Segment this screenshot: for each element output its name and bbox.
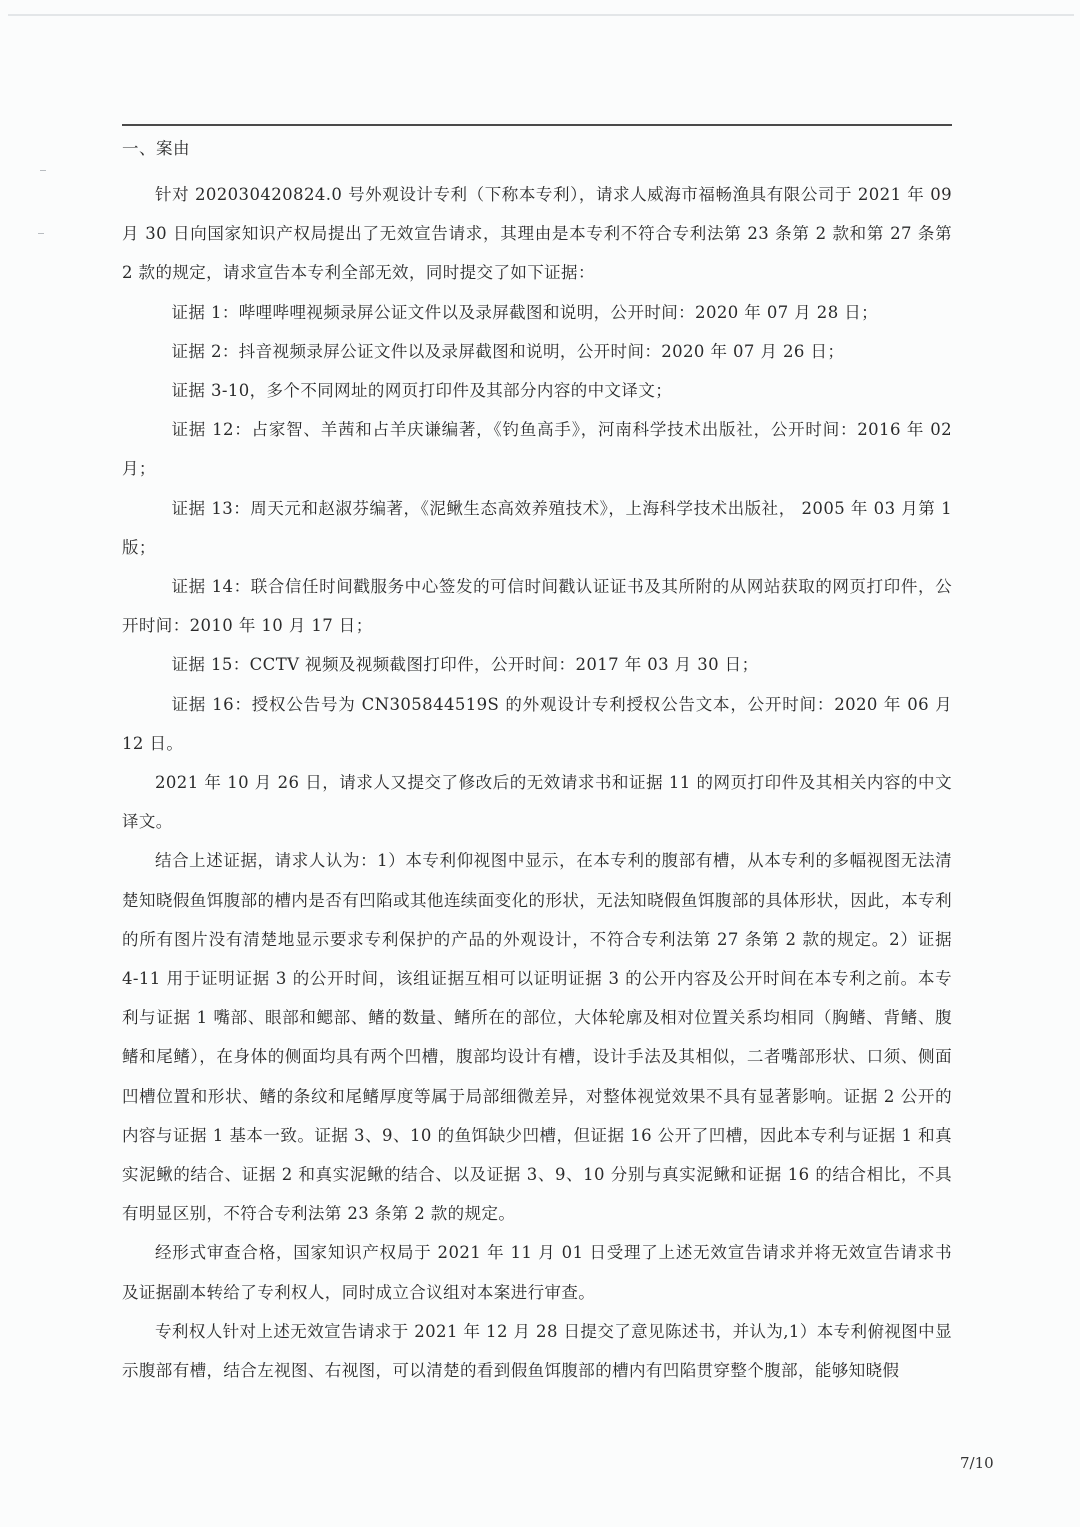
evidence-item: 证据 13：周天元和赵淑芬编著，《泥鳅生态高效养殖技术》，上海科学技术出版社， … (122, 489, 952, 567)
paragraph: 经形式审查合格，国家知识产权局于 2021 年 11 月 01 日受理了上述无效… (122, 1233, 952, 1311)
paragraph: 结合上述证据，请求人认为：1）本专利仰视图中显示，在本专利的腹部有槽，从本专利的… (122, 841, 952, 1233)
section-title: 一、案由 (122, 136, 952, 162)
page-number: 7/10 (960, 1454, 994, 1472)
evidence-item: 证据 3-10，多个不同网址的网页打印件及其部分内容的中文译文； (122, 371, 952, 410)
scan-edge (8, 14, 1074, 16)
scan-mark (40, 170, 46, 171)
paragraph: 2021 年 10 月 26 日，请求人又提交了修改后的无效请求书和证据 11 … (122, 763, 952, 841)
document-body: 针对 202030420824.0 号外观设计专利（下称本专利），请求人威海市福… (122, 175, 952, 1390)
paragraph: 针对 202030420824.0 号外观设计专利（下称本专利），请求人威海市福… (122, 175, 952, 293)
document-page: 一、案由 针对 202030420824.0 号外观设计专利（下称本专利），请求… (122, 124, 952, 1390)
evidence-item: 证据 15：CCTV 视频及视频截图打印件，公开时间：2017 年 03 月 3… (122, 645, 952, 684)
evidence-item: 证据 16：授权公告号为 CN305844519S 的外观设计专利授权公告文本，… (122, 685, 952, 763)
header-rule (122, 124, 952, 126)
scan-mark (38, 233, 44, 234)
paragraph: 专利权人针对上述无效宣告请求于 2021 年 12 月 28 日提交了意见陈述书… (122, 1312, 952, 1390)
evidence-item: 证据 1：哔哩哔哩视频录屏公证文件以及录屏截图和说明，公开时间：2020 年 0… (122, 293, 952, 332)
evidence-item: 证据 14：联合信任时间戳服务中心签发的可信时间戳认证证书及其所附的从网站获取的… (122, 567, 952, 645)
evidence-item: 证据 2：抖音视频录屏公证文件以及录屏截图和说明，公开时间：2020 年 07 … (122, 332, 952, 371)
evidence-item: 证据 12：占家智、羊茜和占羊庆谦编著，《钓鱼高手》，河南科学技术出版社，公开时… (122, 410, 952, 488)
